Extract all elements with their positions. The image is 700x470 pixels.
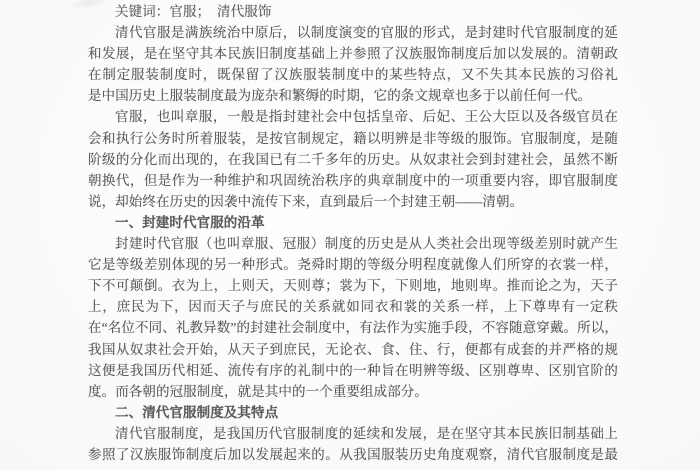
body-text-line: 这便是我国历代相延、流传有序的礼制中的一种旨在明辨等级、区别尊卑、区别官阶的制 [88,360,618,381]
document-page: 关键词：官服； 清代服饰清代官服是满族统治中原后，以制度演变的官服的形式，是封建… [0,0,700,470]
body-text-line: 在制定服装制度时，既保留了汉族服装制度中的某些特点，又不失其本民族的习俗礼仪， [88,64,618,85]
body-text-line: 会和执行公务时所着服装，是按官制规定，籍以明辨是非等级的服饰。官服制度，是随着 [88,128,618,149]
body-text-line: 它是等级差别体现的另一种形式。尧舜时期的等级分明程度就像人们所穿的衣裳一样，上 [88,254,618,275]
body-text-line: 上，庶民为下，因而天子与庶民的关系就如同衣和裳的关系一样，上下尊卑有一定秩序， [88,296,618,317]
body-text-line: 和发展，是在坚守其本民族旧制度基础上并参照了汉族服饰制度后加以发展的。清朝政府 [88,43,618,64]
body-text-line: 官服，也叫章服，一般是指封建社会中包括皇帝、后妃、王公大臣以及各级官员在朝 [88,106,618,127]
section-heading: 一、封建时代官服的沿革 [88,212,618,233]
keywords-line: 关键词：官服； 清代服饰 [88,1,618,22]
text-block: 关键词：官服； 清代服饰清代官服是满族统治中原后，以制度演变的官服的形式，是封建… [88,1,618,465]
body-text-line: 封建时代官服（也叫章服、冠服）制度的历史是从人类社会出现等级差别时就产生了， [88,233,618,254]
body-text-line: 是中国历史上服装制度最为庞杂和繁缛的时期，它的条文规章也多于以前任何一代。 [88,85,618,106]
body-text-line: 朝换代，但是作为一种维护和巩固统治秩序的典章制度中的一项重要内容，即官服制度来 [88,170,618,191]
body-text-line: 说，却始终在历史的因袭中流传下来，直到最后一个封建王朝——清朝。 [88,191,618,212]
section-heading: 二、清代官服制度及其特点 [88,402,618,423]
body-text-line: 阶级的分化而出现的，在我国已有二千多年的历史。从奴隶社会到封建社会，虽然不断改 [88,149,618,170]
body-text-line: 参照了汉族服饰制度后加以发展起来的。从我国服装历史角度观察，清代官服制度是最为 [88,444,618,465]
body-text-line: 清代官服是满族统治中原后，以制度演变的官服的形式，是封建时代官服制度的延续 [88,22,618,43]
body-text-line: 在“名位不同、礼教异数”的封建社会制度中，有法作为实施手段，不容随意穿戴。所以， [88,317,618,338]
body-text-line: 我国从奴隶社会开始，从天子到庶民，无论衣、食、住、行，便都有成套的并严格的规定， [88,339,618,360]
body-text-line: 清代官服制度，是我国历代官服制度的延续和发展，是在坚守其本民族旧制基础上并 [88,423,618,444]
body-text-line: 下不可颠倒。衣为上，上则天，天则尊；裳为下，下则地，地则卑。推而论之为，天子为 [88,275,618,296]
body-text-line: 度。而各朝的冠服制度，就是其中的一个重要组成部分。 [88,381,618,402]
